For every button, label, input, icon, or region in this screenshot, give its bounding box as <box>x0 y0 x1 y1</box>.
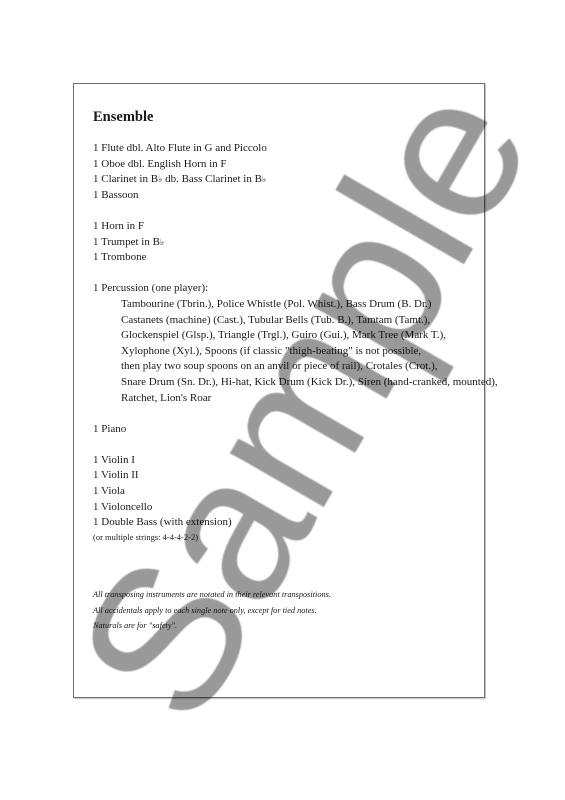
flat-sign: ♭ <box>262 175 266 185</box>
instrument-line: 1 Bassoon <box>93 188 483 204</box>
percussion-line: Tambourine (Tbrin.), Police Whistle (Pol… <box>93 297 483 313</box>
instrument-line: 1 Trumpet in B♭ <box>93 235 483 251</box>
note-line: All accidentals apply to each single not… <box>93 603 331 619</box>
percussion-heading: 1 Percussion (one player): <box>93 281 483 297</box>
instrument-line: 1 Oboe dbl. English Horn in F <box>93 157 483 173</box>
note-line: All transposing instruments are notated … <box>93 587 331 603</box>
instrument-line: 1 Double Bass (with extension) <box>93 515 483 531</box>
ensemble-content: Ensemble 1 Flute dbl. Alto Flute in G an… <box>93 108 483 544</box>
spacer <box>93 203 483 219</box>
instrument-line: 1 Horn in F <box>93 219 483 235</box>
instrument-line: 1 Trombone <box>93 250 483 266</box>
instrument-line: 1 Flute dbl. Alto Flute in G and Piccolo <box>93 141 483 157</box>
percussion-line: Ratchet, Lion's Roar <box>93 391 483 407</box>
instrument-line: 1 Violoncello <box>93 500 483 516</box>
strings-list: 1 Violin I 1 Violin II 1 Viola 1 Violonc… <box>93 453 483 531</box>
brass-list: 1 Horn in F 1 Trumpet in B♭ 1 Trombone <box>93 219 483 266</box>
spacer <box>93 437 483 453</box>
performance-notes: All transposing instruments are notated … <box>93 587 331 634</box>
percussion-line: Glockenspiel (Glsp.), Triangle (Trgl.), … <box>93 328 483 344</box>
strings-note: (or multiple strings: 4-4-4-2-2) <box>93 531 483 544</box>
woodwinds-list: 1 Flute dbl. Alto Flute in G and Piccolo… <box>93 141 483 203</box>
instrument-line: 1 Clarinet in B♭ db. Bass Clarinet in B♭ <box>93 172 483 188</box>
instrument-line: 1 Violin I <box>93 453 483 469</box>
percussion-line: then play two soup spoons on an anvil or… <box>93 359 483 375</box>
note-line: Naturals are for "safety". <box>93 618 331 634</box>
flat-sign: ♭ <box>158 175 162 185</box>
flat-sign: ♭ <box>160 238 164 248</box>
percussion-line: Castanets (machine) (Cast.), Tubular Bel… <box>93 313 483 329</box>
percussion-section: 1 Percussion (one player): Tambourine (T… <box>93 281 483 406</box>
instrument-line: 1 Piano <box>93 422 483 438</box>
percussion-line: Xylophone (Xyl.), Spoons (if classic "th… <box>93 344 483 360</box>
spacer <box>93 406 483 422</box>
instrument-line: 1 Viola <box>93 484 483 500</box>
instrument-line: 1 Violin II <box>93 468 483 484</box>
percussion-line: Snare Drum (Sn. Dr.), Hi-hat, Kick Drum … <box>93 375 483 391</box>
keyboard-list: 1 Piano <box>93 422 483 438</box>
spacer <box>93 266 483 282</box>
page-title: Ensemble <box>93 108 483 141</box>
